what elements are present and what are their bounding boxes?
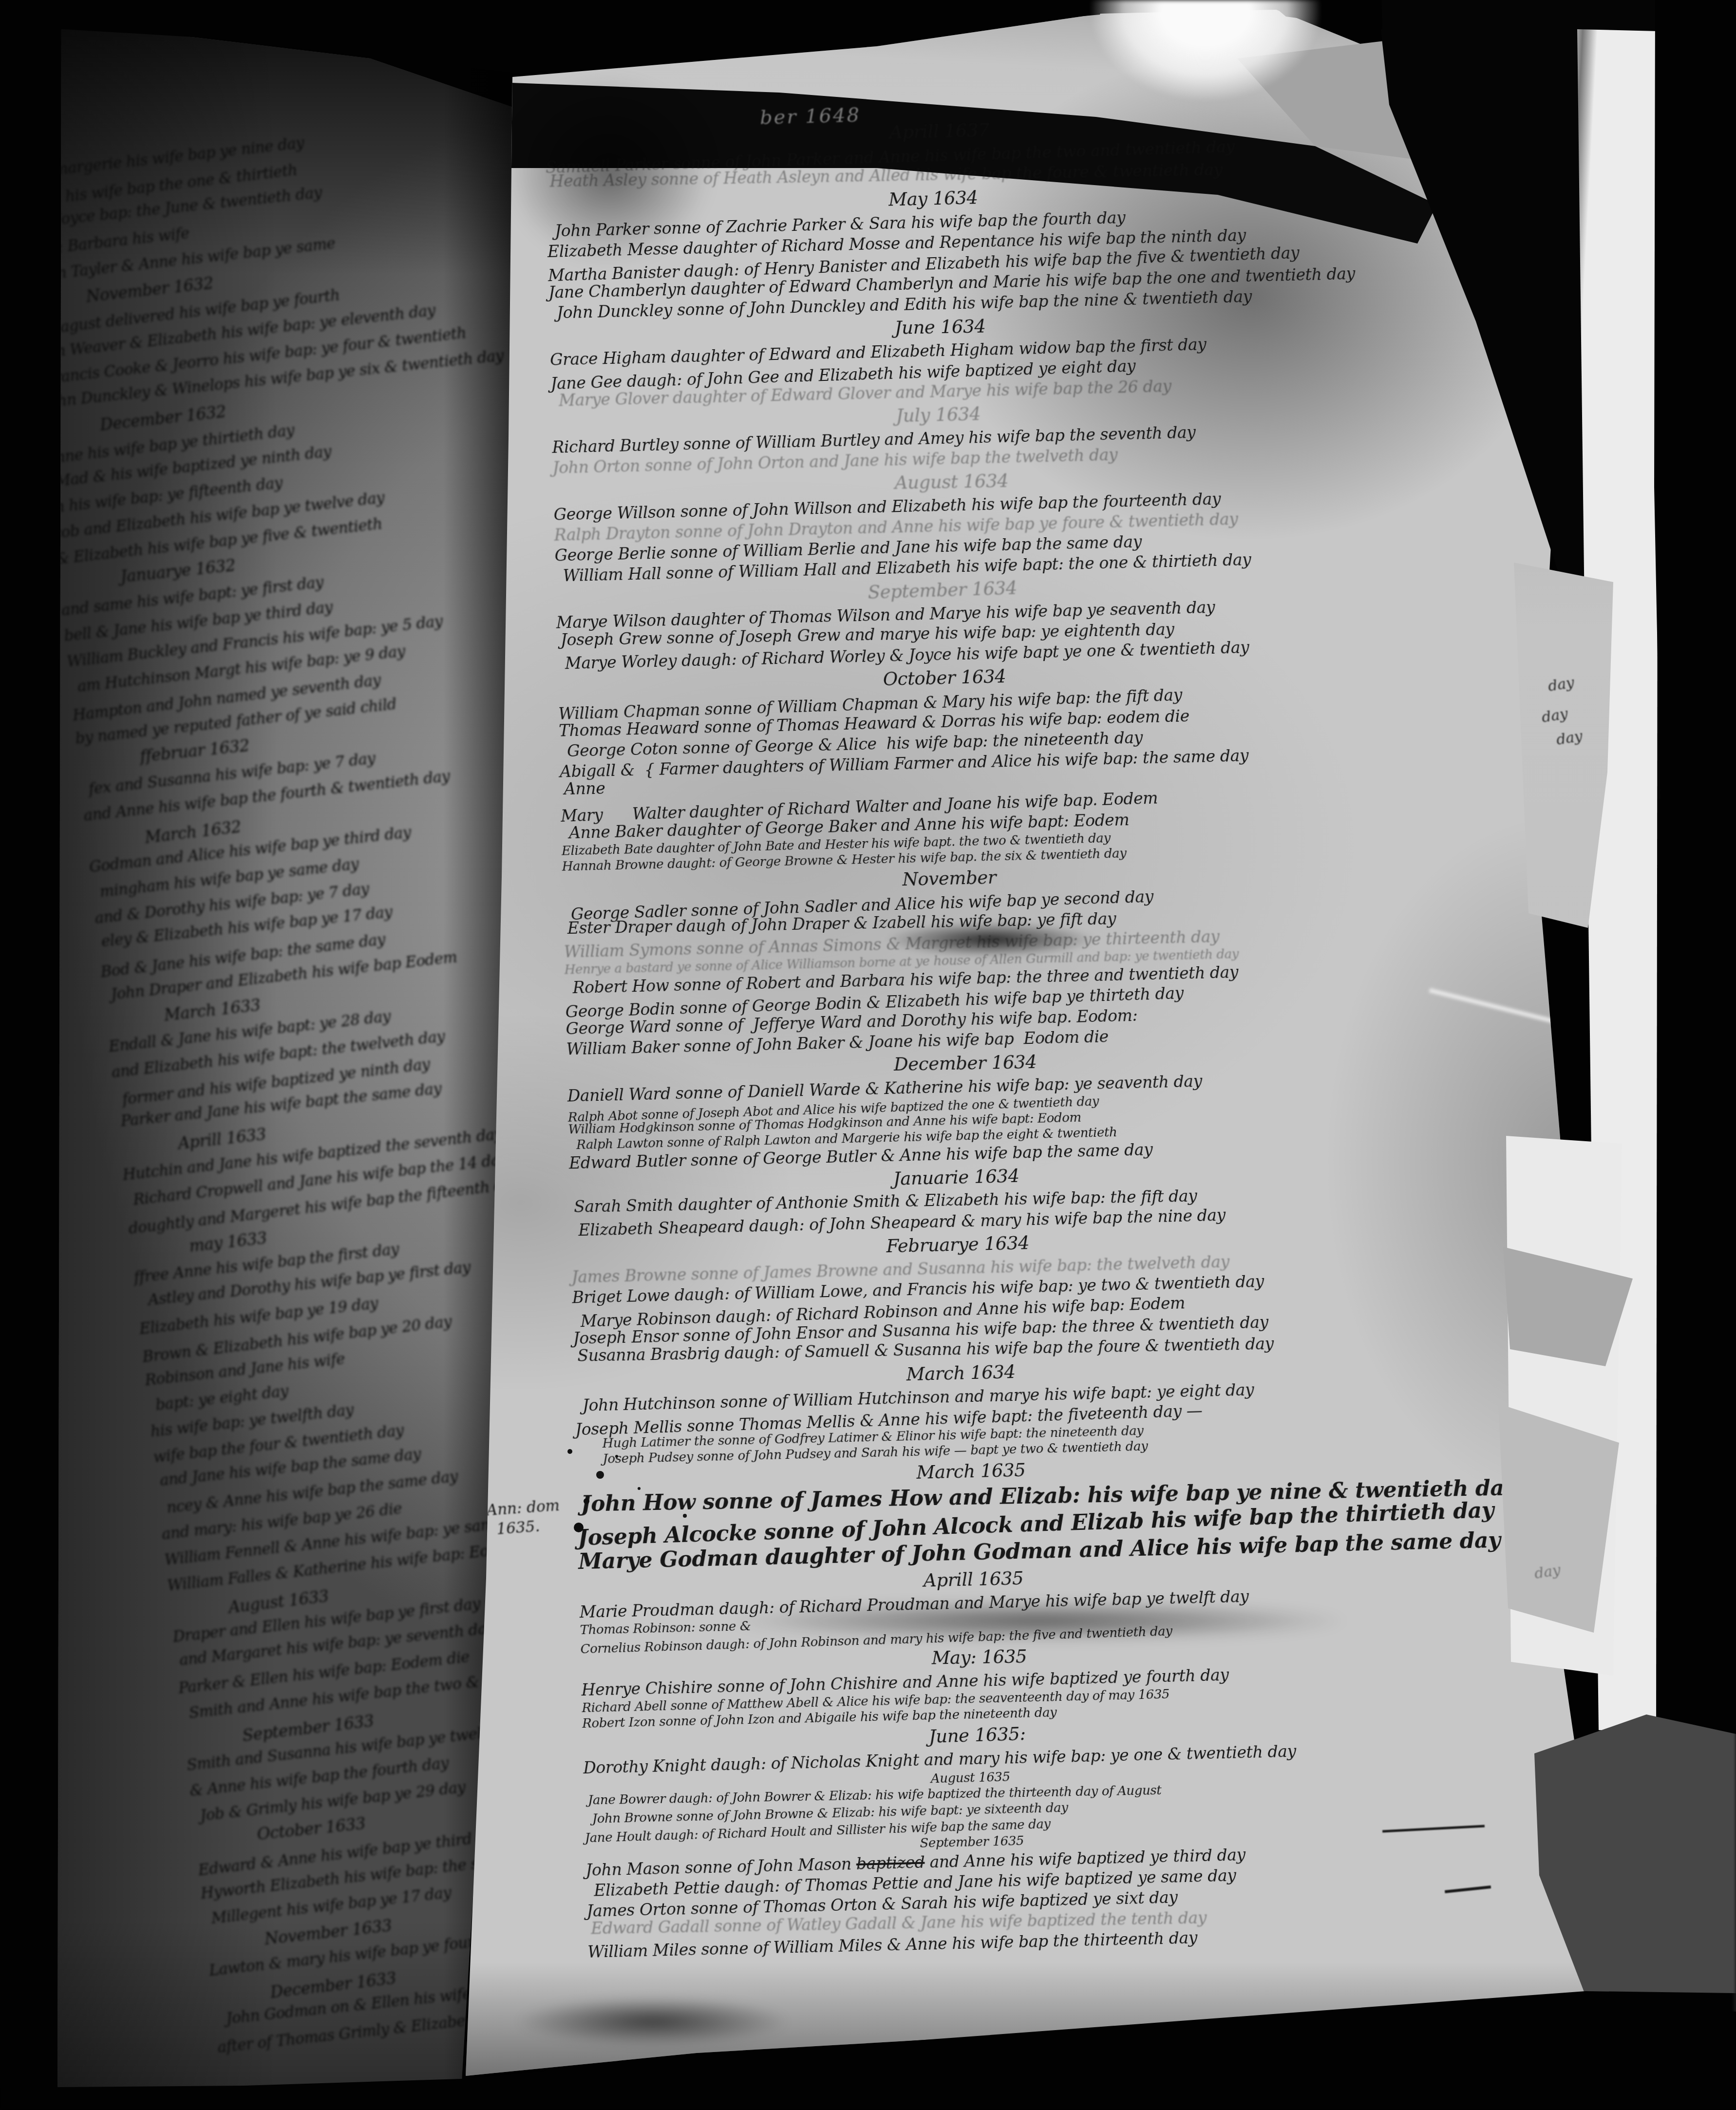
ink-smudge <box>887 922 1096 957</box>
ink-smudge <box>507 78 711 263</box>
ink-smudge <box>726 1601 1349 1641</box>
ink-spatter <box>567 1449 572 1454</box>
overexposed-spot <box>1091 0 1320 136</box>
margin-note-anno-domini: Ann: dom 1635. <box>486 1496 562 1540</box>
ink-smudge <box>516 1997 789 2046</box>
register-entries: Aprill 1637Samuell Parker sonne of John … <box>545 104 1605 1962</box>
